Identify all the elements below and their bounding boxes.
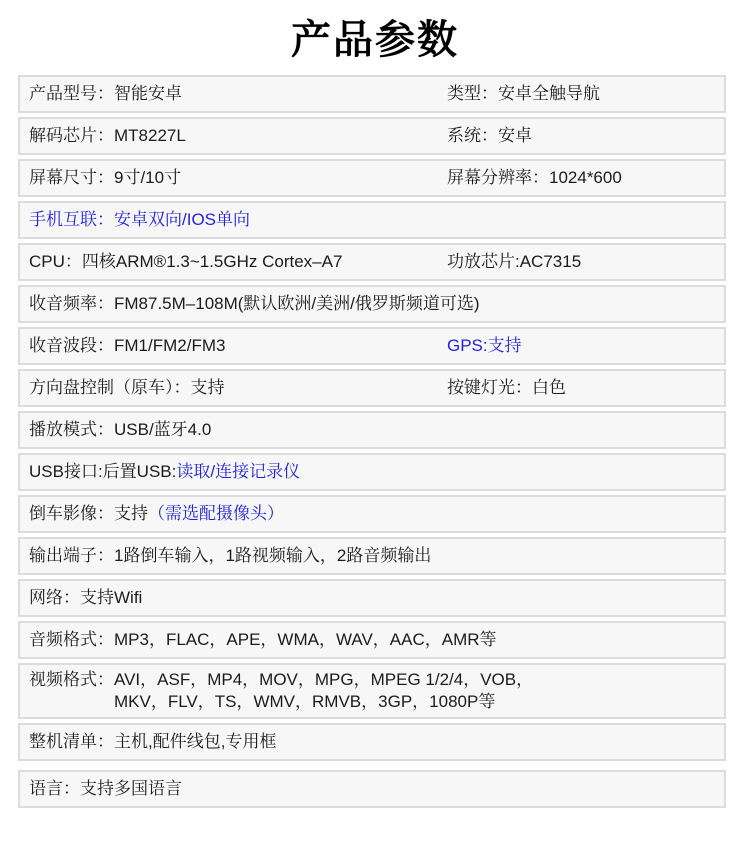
spec-video-formats-value: AVI，ASF，MP4，MOV，MPG，MPEG 1/2/4，VOB， MKV，… xyxy=(114,669,716,713)
spec-usb-port: USB接口:后置USB:读取/连接记录仪 xyxy=(29,461,716,483)
spec-amplifier-chip: 功放芯片:AC7315 xyxy=(447,251,716,273)
spec-reverse-camera-text: 倒车影像：支持 xyxy=(29,504,148,523)
spec-usb-port-note: 读取/连接记录仪 xyxy=(176,462,300,481)
spec-table: 产品型号：智能安卓 类型：安卓全触导航 解码芯片：MT8227L 系统：安卓 屏… xyxy=(18,75,726,808)
spec-row-network: 网络：支持Wifi xyxy=(18,579,726,617)
spec-row-radio-band: 收音波段：FM1/FM2/FM3 GPS:支持 xyxy=(18,327,726,365)
spec-decoder-chip: 解码芯片：MT8227L xyxy=(29,125,447,147)
page-title: 产品参数 xyxy=(0,0,750,75)
spec-row-model: 产品型号：智能安卓 类型：安卓全触导航 xyxy=(18,75,726,113)
spec-system: 系统：安卓 xyxy=(447,125,716,147)
spec-reverse-camera: 倒车影像：支持（需选配摄像头） xyxy=(29,503,716,525)
spec-row-phone-link: 手机互联：安卓双向/IOS单向 xyxy=(18,201,726,239)
spec-screen-size: 屏幕尺寸：9寸/10寸 xyxy=(29,167,447,189)
spec-row-radio-frequency: 收音频率：FM87.5M–108M(默认欧洲/美洲/俄罗斯频道可选) xyxy=(18,285,726,323)
spec-reverse-camera-note: （需选配摄像头） xyxy=(148,504,284,523)
product-parameters-page: 产品参数 产品型号：智能安卓 类型：安卓全触导航 解码芯片：MT8227L 系统… xyxy=(0,0,750,842)
spec-row-video-formats: 视频格式： AVI，ASF，MP4，MOV，MPG，MPEG 1/2/4，VOB… xyxy=(18,663,726,719)
spec-network: 网络：支持Wifi xyxy=(29,587,716,609)
spec-radio-frequency: 收音频率：FM87.5M–108M(默认欧洲/美洲/俄罗斯频道可选) xyxy=(29,293,716,315)
spec-video-formats-label: 视频格式： xyxy=(29,669,114,691)
spec-model: 产品型号：智能安卓 xyxy=(29,83,447,105)
spec-row-package-list: 整机清单：主机,配件线包,专用框 xyxy=(18,723,726,761)
spec-output-terminals: 输出端子：1路倒车输入，1路视频输入，2路音频输出 xyxy=(29,545,716,567)
spec-row-steering-wheel-control: 方向盘控制（原车）：支持 按键灯光：白色 xyxy=(18,369,726,407)
spec-row-decoder-chip: 解码芯片：MT8227L 系统：安卓 xyxy=(18,117,726,155)
spec-type: 类型：安卓全触导航 xyxy=(447,83,716,105)
spec-row-cpu: CPU：四核ARM®1.3~1.5GHz Cortex–A7 功放芯片:AC73… xyxy=(18,243,726,281)
spec-language: 语言：支持多国语言 xyxy=(29,778,716,800)
spec-row-play-mode: 播放模式：USB/蓝牙4.0 xyxy=(18,411,726,449)
spec-button-light: 按键灯光：白色 xyxy=(447,377,716,399)
spec-row-language: 语言：支持多国语言 xyxy=(18,770,726,808)
spec-radio-band: 收音波段：FM1/FM2/FM3 xyxy=(29,335,447,357)
spec-row-audio-formats: 音频格式：MP3，FLAC，APE，WMA，WAV，AAC，AMR等 xyxy=(18,621,726,659)
spec-cpu: CPU：四核ARM®1.3~1.5GHz Cortex–A7 xyxy=(29,251,447,273)
spec-usb-port-text: USB接口:后置USB: xyxy=(29,462,176,481)
spec-gps: GPS:支持 xyxy=(447,335,716,357)
spec-steering-wheel-control: 方向盘控制（原车）：支持 xyxy=(29,377,447,399)
spec-row-output-terminals: 输出端子：1路倒车输入，1路视频输入，2路音频输出 xyxy=(18,537,726,575)
spec-audio-formats: 音频格式：MP3，FLAC，APE，WMA，WAV，AAC，AMR等 xyxy=(29,629,716,651)
spec-row-reverse-camera: 倒车影像：支持（需选配摄像头） xyxy=(18,495,726,533)
spec-phone-link: 手机互联：安卓双向/IOS单向 xyxy=(29,209,716,231)
spec-package-list: 整机清单：主机,配件线包,专用框 xyxy=(29,731,716,753)
spec-play-mode: 播放模式：USB/蓝牙4.0 xyxy=(29,419,716,441)
spec-row-screen-size: 屏幕尺寸：9寸/10寸 屏幕分辨率：1024*600 xyxy=(18,159,726,197)
spec-screen-resolution: 屏幕分辨率：1024*600 xyxy=(447,167,716,189)
spec-row-usb-port: USB接口:后置USB:读取/连接记录仪 xyxy=(18,453,726,491)
